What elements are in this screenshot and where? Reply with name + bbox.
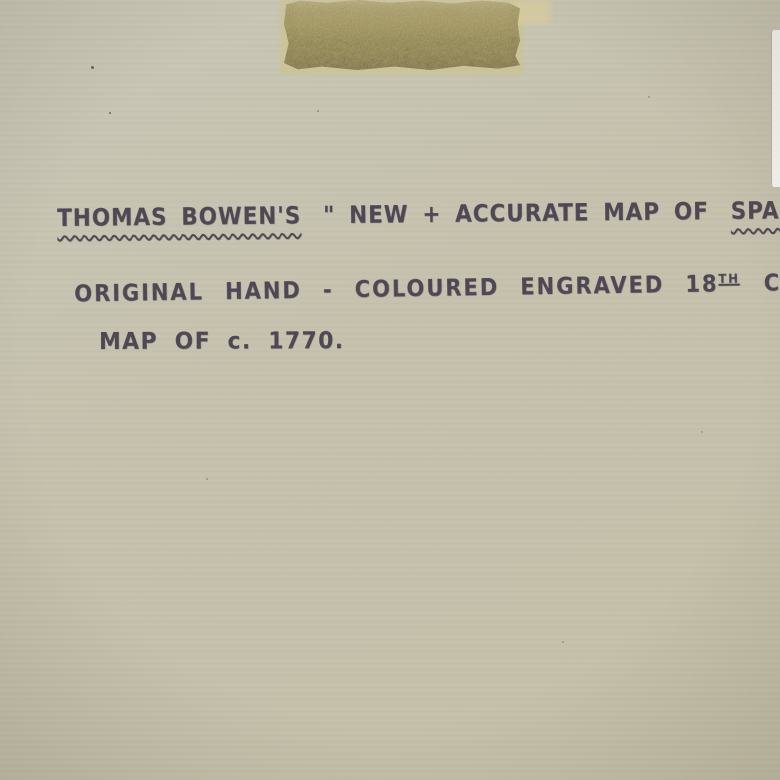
board-speck bbox=[701, 431, 703, 433]
tape-mottle-texture bbox=[284, 0, 520, 70]
handwritten-date-line: MAP OF c. 1770. bbox=[99, 328, 345, 355]
board-speck bbox=[109, 112, 111, 114]
board-speck bbox=[206, 478, 208, 480]
paper-grain-texture bbox=[0, 0, 780, 780]
board-speck bbox=[562, 641, 564, 643]
board-speck bbox=[317, 110, 319, 112]
cardboard-striations bbox=[0, 0, 780, 780]
handwritten-description-line: ORIGINAL HAND - COLOURED ENGRAVED 18TH C… bbox=[74, 268, 780, 307]
lighting-tone-overlay bbox=[0, 0, 780, 780]
map-region-text: SPAIN + PORTUGAL bbox=[731, 194, 780, 225]
paper-edge-sliver bbox=[771, 30, 780, 187]
board-speck bbox=[648, 96, 650, 98]
handwritten-title-line: THOMAS BOWEN'S " NEW + ACCURATE MAP OF S… bbox=[57, 194, 780, 232]
masking-tape bbox=[284, 0, 520, 70]
description-text: ORIGINAL HAND - COLOURED ENGRAVED 18 bbox=[74, 272, 719, 308]
century-text: CENTURY bbox=[764, 269, 780, 297]
board-speck bbox=[91, 66, 94, 69]
framed-map-backing-photo: THOMAS BOWEN'S " NEW + ACCURATE MAP OF S… bbox=[0, 0, 780, 780]
ordinal-superscript: TH bbox=[718, 271, 740, 286]
map-title-text: " NEW + ACCURATE MAP OF bbox=[323, 197, 709, 229]
author-name: THOMAS BOWEN'S bbox=[57, 201, 301, 232]
vignette-overlay bbox=[0, 0, 780, 780]
